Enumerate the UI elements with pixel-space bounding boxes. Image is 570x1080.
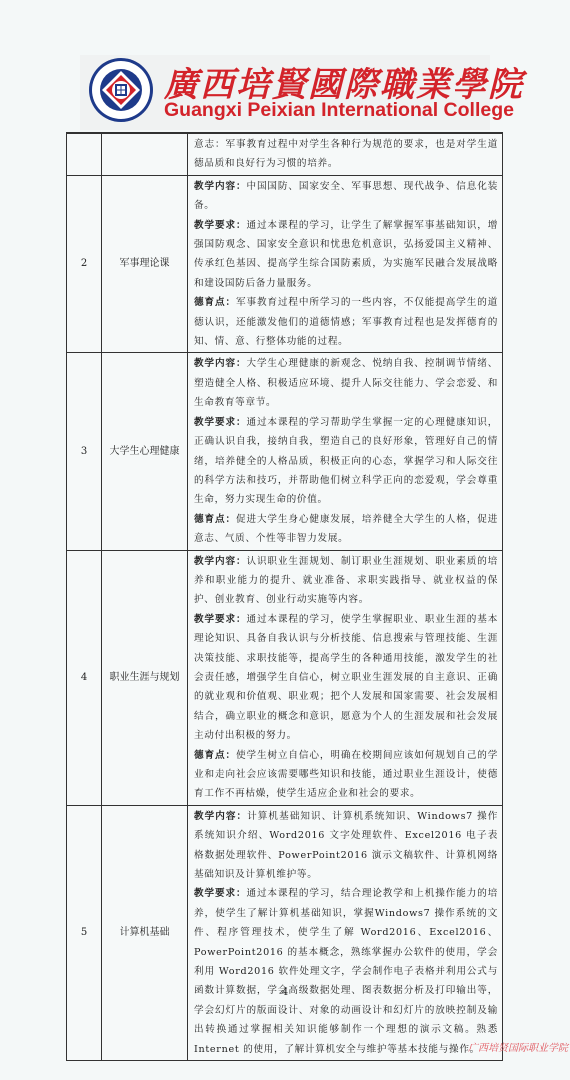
teaching-requirement: 教学要求：通过本课程的学习，让学生了解掌握军事基础知识，增强国防观念、国家安全意… xyxy=(194,216,498,294)
teaching-content-label: 教学内容： xyxy=(194,556,246,567)
page-number: 4 xyxy=(0,987,570,998)
table-row-continued: 意志：军事教育过程中对学生各种行为规范的要求，也是对学生道德品质和良好行为习惯的… xyxy=(67,133,503,175)
teaching-requirement: 教学要求：通过本课程的学习，使学生掌握职业、职业生涯的基本理论知识、具备自我认识… xyxy=(194,610,498,746)
teaching-content: 教学内容：认识职业生涯规划、制订职业生涯规划、职业素质的培养和职业能力的提升、就… xyxy=(194,552,498,610)
teaching-requirement-label: 教学要求： xyxy=(194,614,246,625)
teaching-content: 教学内容：计算机基础知识、计算机系统知识、Windows7 操作系统知识介绍、W… xyxy=(194,807,498,885)
college-name-english: Guangxi Peixian International College xyxy=(164,99,514,122)
course-description-cell: 教学内容：大学生心理健康的新观念、悦纳自我、控制调节情绪、塑造健全人格、积极适应… xyxy=(188,353,503,550)
footer-watermark: 广西培贤国际职业学院 xyxy=(468,1039,568,1054)
course-table: 意志：军事教育过程中对学生各种行为规范的要求，也是对学生道德品质和良好行为习惯的… xyxy=(66,132,503,1061)
course-number-cell xyxy=(67,133,102,175)
course-number-cell: 4 xyxy=(67,550,102,805)
teaching-content-label: 教学内容： xyxy=(194,811,247,822)
table-row: 4 职业生涯与规划 教学内容：认识职业生涯规划、制订职业生涯规划、职业素质的培养… xyxy=(67,550,503,805)
teaching-content: 教学内容：中国国防、国家安全、军事思想、现代战争、信息化装备。 xyxy=(194,177,498,216)
course-name-cell xyxy=(102,133,188,175)
description-continued-text: 意志：军事教育过程中对学生各种行为规范的要求，也是对学生道德品质和良好行为习惯的… xyxy=(194,135,498,174)
teaching-requirement-label: 教学要求： xyxy=(194,888,246,899)
moral-education-point: 德育点：使学生树立自信心，明确在校期间应该如何规划自己的学业和走向社会应该需要哪… xyxy=(194,746,498,804)
moral-education-text: 军事教育过程中所学习的一些内容，不仅能提高学生的道德认识，还能激发他们的道德情感… xyxy=(194,297,498,347)
teaching-content-label: 教学内容： xyxy=(194,181,246,192)
course-number-cell: 2 xyxy=(67,175,102,353)
table-row: 3 大学生心理健康 教学内容：大学生心理健康的新观念、悦纳自我、控制调节情绪、塑… xyxy=(67,353,503,550)
teaching-requirement-text: 通过本课程的学习帮助学生掌握一定的心理健康知识，正确认识自我，接纳自我，塑造自己… xyxy=(194,417,498,506)
moral-education-point: 德育点：促进大学生身心健康发展，培养健全大学生的人格，促进意志、气质、个性等非智… xyxy=(194,510,498,549)
course-name-cell: 计算机基础 xyxy=(102,805,188,1060)
teaching-requirement-label: 教学要求： xyxy=(194,417,246,428)
course-description-cell: 教学内容：中国国防、国家安全、军事思想、现代战争、信息化装备。 教学要求：通过本… xyxy=(188,175,503,353)
moral-education-text: 促进大学生身心健康发展，培养健全大学生的人格，促进意志、气质、个性等非智力发展。 xyxy=(194,514,498,544)
teaching-requirement: 教学要求：通过本课程的学习，结合理论教学和上机操作能力的培养，使学生了解计算机基… xyxy=(194,884,498,1059)
course-name-cell: 军事理论课 xyxy=(102,175,188,353)
course-name-cell: 职业生涯与规划 xyxy=(102,550,188,805)
teaching-content: 教学内容：大学生心理健康的新观念、悦纳自我、控制调节情绪、塑造健全人格、积极适应… xyxy=(194,354,498,412)
course-description-cell: 意志：军事教育过程中对学生各种行为规范的要求，也是对学生道德品质和良好行为习惯的… xyxy=(188,133,503,175)
teaching-content-label: 教学内容： xyxy=(194,358,246,369)
college-emblem-icon xyxy=(88,57,154,123)
teaching-requirement-text: 通过本课程的学习，使学生掌握职业、职业生涯的基本理论知识、具备自我认识与分析技能… xyxy=(194,614,498,741)
table-row: 2 军事理论课 教学内容：中国国防、国家安全、军事思想、现代战争、信息化装备。 … xyxy=(67,175,503,353)
teaching-requirement-text: 通过本课程的学习，结合理论教学和上机操作能力的培养，使学生了解计算机基础知识，掌… xyxy=(194,888,498,1054)
course-name-cell: 大学生心理健康 xyxy=(102,353,188,550)
course-description-cell: 教学内容：认识职业生涯规划、制订职业生涯规划、职业素质的培养和职业能力的提升、就… xyxy=(188,550,503,805)
course-number-cell: 3 xyxy=(67,353,102,550)
course-description-cell: 教学内容：计算机基础知识、计算机系统知识、Windows7 操作系统知识介绍、W… xyxy=(188,805,503,1060)
college-header-banner: 廣西培賢國際職業學院 Guangxi Peixian International… xyxy=(80,55,490,130)
moral-education-text: 使学生树立自信心，明确在校期间应该如何规划自己的学业和走向社会应该需要哪些知识和… xyxy=(194,750,498,800)
moral-education-label: 德育点： xyxy=(194,750,236,761)
table-row: 5 计算机基础 教学内容：计算机基础知识、计算机系统知识、Windows7 操作… xyxy=(67,805,503,1060)
teaching-requirement: 教学要求：通过本课程的学习帮助学生掌握一定的心理健康知识，正确认识自我，接纳自我… xyxy=(194,413,498,510)
moral-education-label: 德育点： xyxy=(194,514,236,525)
moral-education-label: 德育点： xyxy=(194,297,236,308)
moral-education-point: 德育点：军事教育过程中所学习的一些内容，不仅能提高学生的道德认识，还能激发他们的… xyxy=(194,293,498,351)
teaching-requirement-label: 教学要求： xyxy=(194,220,246,231)
course-number-cell: 5 xyxy=(67,805,102,1060)
